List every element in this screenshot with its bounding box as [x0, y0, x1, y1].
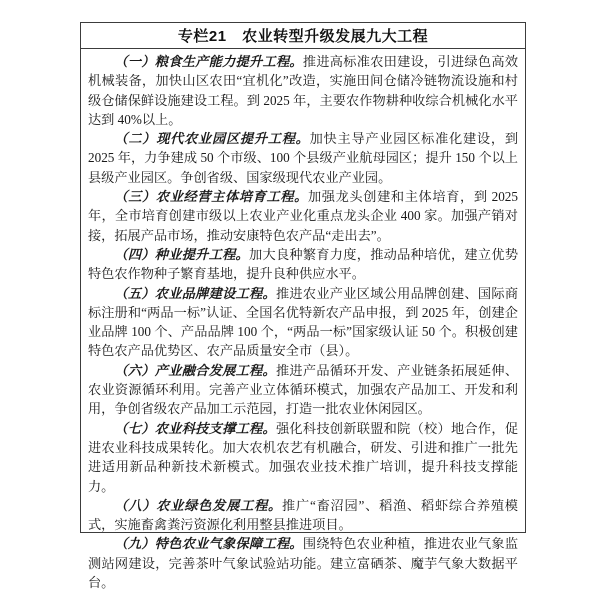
- panel-body: （一）粮食生产能力提升工程。推进高标准农田建设，引进绿色高效机械装备，加快山区农…: [81, 49, 525, 549]
- project-item-9: （九）特色农业气象保障工程。围绕特色农业种植，推进农业气象监测站网建设，完善茶叶…: [88, 534, 518, 549]
- project-item-4: （四）种业提升工程。加大良种繁育力度，推动品种培优，建立优势特色农作物种子繁育基…: [88, 245, 518, 284]
- project-item-5: （五）农业品牌建设工程。推进农业产业区域公用品牌创建、国际商标注册和“两品一标”…: [88, 284, 518, 361]
- project-item-1: （一）粮食生产能力提升工程。推进高标准农田建设，引进绿色高效机械装备，加快山区农…: [88, 52, 518, 129]
- panel-title: 专栏21 农业转型升级发展九大工程: [178, 25, 428, 46]
- project-lead-1: （一）粮食生产能力提升工程。: [114, 54, 302, 69]
- project-lead-4: （四）种业提升工程。: [114, 247, 249, 262]
- project-lead-9: （九）特色农业气象保障工程。: [114, 536, 302, 549]
- project-lead-6: （六）产业融合发展工程。: [114, 363, 276, 378]
- project-item-2: （二）现代农业园区提升工程。加快主导产业园区标准化建设，到 2025 年，力争建…: [88, 129, 518, 187]
- project-lead-5: （五）农业品牌建设工程。: [114, 286, 276, 301]
- project-item-7: （七）农业科技支撑工程。强化科技创新联盟和院（校）地合作，促进农业科技成果转化。…: [88, 419, 518, 496]
- project-lead-2: （二）现代农业园区提升工程。: [114, 131, 309, 146]
- column-panel: 专栏21 农业转型升级发展九大工程 （一）粮食生产能力提升工程。推进高标准农田建…: [80, 22, 526, 533]
- project-lead-7: （七）农业科技支撑工程。: [114, 421, 276, 436]
- project-lead-8: （八）农业绿色发展工程。: [114, 498, 282, 513]
- panel-header: 专栏21 农业转型升级发展九大工程: [81, 23, 525, 49]
- project-item-8: （八）农业绿色发展工程。推广“畜沼园”、稻渔、稻虾综合养殖模式，实施畜禽粪污资源…: [88, 496, 518, 535]
- project-lead-3: （三）农业经营主体培育工程。: [114, 189, 308, 204]
- project-item-6: （六）产业融合发展工程。推进产品循环开发、产业链条拓展延伸、农业资源循环利用。完…: [88, 361, 518, 419]
- project-item-3: （三）农业经营主体培育工程。加强龙头创建和主体培育，到 2025 年，全市培育创…: [88, 187, 518, 245]
